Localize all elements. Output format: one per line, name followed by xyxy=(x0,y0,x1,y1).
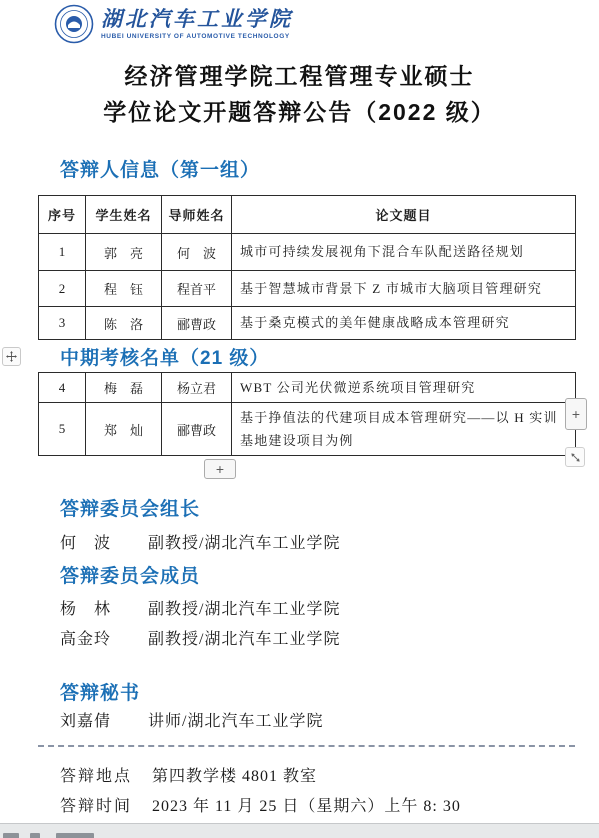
cell-thesis: WBT 公司光伏微逆系统项目管理研究 xyxy=(232,373,576,403)
header-thesis: 论文题目 xyxy=(232,196,576,234)
announcement-title-line1: 经济管理学院工程管理专业硕士 xyxy=(0,58,599,91)
cell-advisor: 郦曹政 xyxy=(162,403,232,456)
header-advisor: 导师姓名 xyxy=(162,196,232,234)
header-serial: 序号 xyxy=(39,196,86,234)
cell-serial: 3 xyxy=(39,307,86,340)
section-secretary-heading: 答辩秘书 xyxy=(60,678,140,705)
university-logo-text: 湖北汽车工业学院 HUBEI UNIVERSITY OF AUTOMOTIVE … xyxy=(101,8,293,39)
defense-location-line: 答辩地点 第四教学楼 4801 教室 xyxy=(60,763,317,786)
cell-thesis: 城市可持续发展视角下混合车队配送路径规划 xyxy=(232,234,576,271)
time-value: 2023 年 11 月 25 日（星期六）上午 8: 30 xyxy=(152,793,461,816)
member-title: 副教授/湖北汽车工业学院 xyxy=(148,626,340,649)
member-line: 杨 林 副教授/湖北汽车工业学院 xyxy=(60,596,340,619)
insert-row-button[interactable]: + xyxy=(204,459,236,479)
move-arrows-icon xyxy=(6,351,17,362)
member-title: 副教授/湖北汽车工业学院 xyxy=(148,596,340,619)
section-midterm-heading: 中期考核名单（21 级） xyxy=(60,343,269,370)
status-bar-fragment xyxy=(56,833,94,838)
table-header-row: 序号 学生姓名 导师姓名 论文题目 xyxy=(39,196,576,234)
cell-advisor: 杨立君 xyxy=(162,373,232,403)
defense-time-line: 答辩时间 2023 年 11 月 25 日（星期六）上午 8: 30 xyxy=(60,793,461,816)
table-row: 3 陈 洛 郦曹政 基于桑克模式的美年健康战略成本管理研究 xyxy=(39,307,576,340)
cell-student: 梅 磊 xyxy=(86,373,162,403)
cell-thesis: 基于挣值法的代建项目成本管理研究——以 H 实训基地建设项目为例 xyxy=(232,403,576,456)
section-members-heading: 答辩委员会成员 xyxy=(60,561,200,588)
chair-name: 何 波 xyxy=(60,530,148,553)
cell-student: 陈 洛 xyxy=(86,307,162,340)
location-label: 答辩地点 xyxy=(60,763,152,786)
member-name: 杨 林 xyxy=(60,596,148,619)
table-row: 4 梅 磊 杨立君 WBT 公司光伏微逆系统项目管理研究 xyxy=(39,373,576,403)
member-name: 高金玲 xyxy=(60,626,148,649)
cell-student: 程 钰 xyxy=(86,271,162,307)
cell-serial: 4 xyxy=(39,373,86,403)
cell-serial: 2 xyxy=(39,271,86,307)
time-label: 答辩时间 xyxy=(60,793,152,816)
chair-title: 副教授/湖北汽车工业学院 xyxy=(148,530,340,553)
university-logo: 湖北汽车工业学院 HUBEI UNIVERSITY OF AUTOMOTIVE … xyxy=(54,4,293,44)
cell-serial: 5 xyxy=(39,403,86,456)
insert-column-button[interactable]: + xyxy=(565,398,587,430)
dashed-divider xyxy=(38,745,575,747)
status-bar xyxy=(0,823,599,838)
table-move-handle[interactable] xyxy=(2,347,21,366)
header-student: 学生姓名 xyxy=(86,196,162,234)
table-row: 2 程 钰 程首平 基于智慧城市背景下 Z 市城市大脑项目管理研究 xyxy=(39,271,576,307)
university-seal-icon xyxy=(54,4,94,44)
section-defenders-heading: 答辩人信息（第一组） xyxy=(60,155,260,182)
chair-line: 何 波 副教授/湖北汽车工业学院 xyxy=(60,530,340,553)
member-line: 高金玲 副教授/湖北汽车工业学院 xyxy=(60,626,340,649)
cell-student: 郑 灿 xyxy=(86,403,162,456)
cell-student: 郭 亮 xyxy=(86,234,162,271)
cell-thesis: 基于桑克模式的美年健康战略成本管理研究 xyxy=(232,307,576,340)
status-bar-fragment xyxy=(3,833,19,838)
university-name-cn: 湖北汽车工业学院 xyxy=(101,8,293,31)
university-name-en: HUBEI UNIVERSITY OF AUTOMOTIVE TECHNOLOG… xyxy=(101,33,293,40)
cell-serial: 1 xyxy=(39,234,86,271)
secretary-line: 刘嘉倩 讲师/湖北汽车工业学院 xyxy=(60,708,323,731)
cell-advisor: 何 波 xyxy=(162,234,232,271)
document-page: 湖北汽车工业学院 HUBEI UNIVERSITY OF AUTOMOTIVE … xyxy=(0,0,599,838)
announcement-title-line2: 学位论文开题答辩公告（2022 级） xyxy=(0,94,599,127)
cell-advisor: 郦曹政 xyxy=(162,307,232,340)
cell-thesis: 基于智慧城市背景下 Z 市城市大脑项目管理研究 xyxy=(232,271,576,307)
status-bar-fragment xyxy=(30,833,40,838)
diagonal-resize-icon xyxy=(570,452,581,463)
table-row: 1 郭 亮 何 波 城市可持续发展视角下混合车队配送路径规划 xyxy=(39,234,576,271)
secretary-title: 讲师/湖北汽车工业学院 xyxy=(148,708,323,731)
section-chair-heading: 答辩委员会组长 xyxy=(60,494,200,521)
table-resize-handle[interactable] xyxy=(565,447,585,467)
location-value: 第四教学楼 4801 教室 xyxy=(152,763,317,786)
table-row: 5 郑 灿 郦曹政 基于挣值法的代建项目成本管理研究——以 H 实训基地建设项目… xyxy=(39,403,576,456)
defenders-table: 序号 学生姓名 导师姓名 论文题目 1 郭 亮 何 波 城市可持续发展视角下混合… xyxy=(38,195,576,340)
midterm-table: 4 梅 磊 杨立君 WBT 公司光伏微逆系统项目管理研究 5 郑 灿 郦曹政 基… xyxy=(38,372,576,456)
secretary-name: 刘嘉倩 xyxy=(60,708,148,731)
cell-advisor: 程首平 xyxy=(162,271,232,307)
